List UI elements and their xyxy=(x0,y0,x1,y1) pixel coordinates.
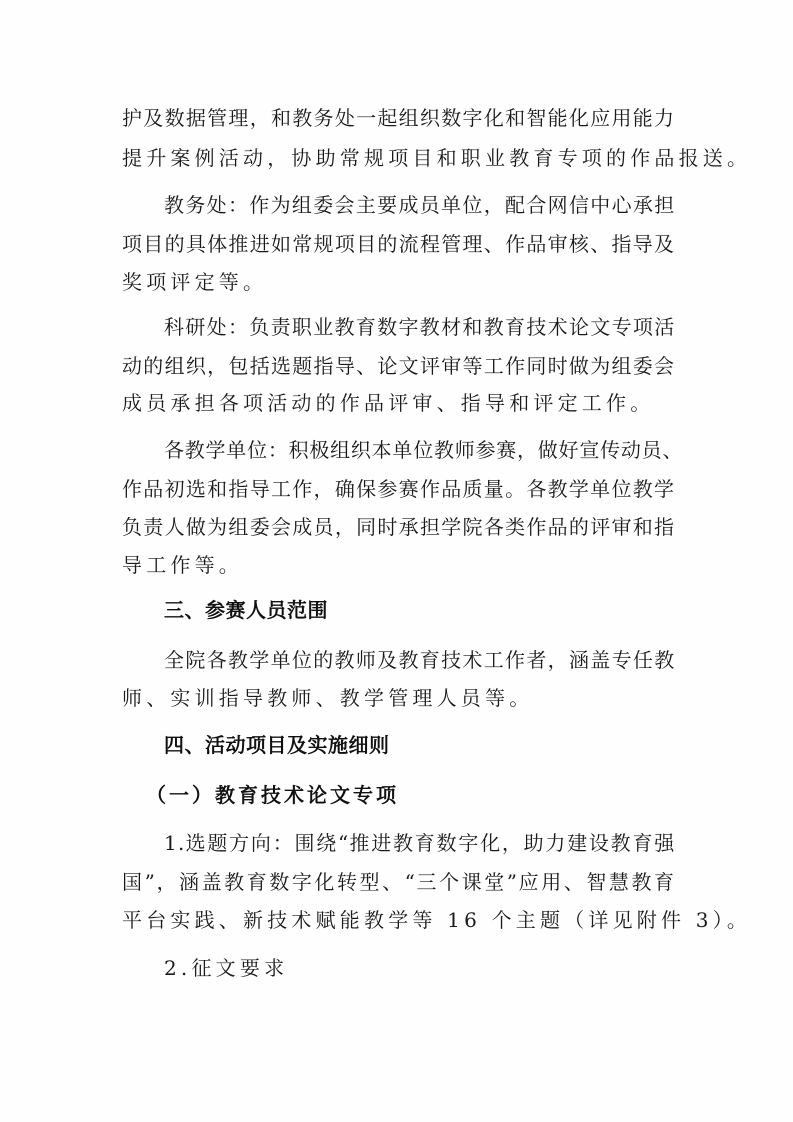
paragraph-line: 项 目 的 具 体 推 进 如 常 规 项 目 的 流 程 管 理 、 作 品 … xyxy=(122,229,674,259)
section-heading: 四、活动项目及实施细则 xyxy=(164,730,390,760)
paragraph-line: 奖项评定等。 xyxy=(122,267,674,297)
paragraph-line: 提升案例活动，协助常规项目和职业教育专项的作品报送。 xyxy=(122,143,674,173)
document-page: 护 及 数 据 管 理 ， 和 教 务 处 一 起 组 织 数 字 化 和 智 … xyxy=(0,0,793,1122)
paragraph-line: 1 . 选 题 方 向 ： 围 绕 “ 推 进 教 育 数 字 化 ， 助 力 … xyxy=(164,828,674,858)
section-heading: 三、参赛人员范围 xyxy=(164,595,328,625)
paragraph-line: 平台实践、新技术赋能教学等 16 个主题（详见附件 3）。 xyxy=(122,905,674,935)
paragraph-line: 护 及 数 据 管 理 ， 和 教 务 处 一 起 组 织 数 字 化 和 智 … xyxy=(122,103,674,133)
paragraph-line: 2.征文要求 xyxy=(164,953,674,983)
paragraph-line: 师、实训指导教师、教学管理人员等。 xyxy=(122,683,674,713)
paragraph-line: 成员承担各项活动的作品评审、指导和评定工作。 xyxy=(122,388,674,418)
subsection-heading: （一）教育技术论文专项 xyxy=(146,780,399,810)
paragraph-line: 导工作等。 xyxy=(122,550,674,580)
paragraph-line: 负 责 人 做 为 组 委 会 成 员 ， 同 时 承 担 学 院 各 类 作 … xyxy=(122,512,674,542)
paragraph-line: 动 的 组 织 ， 包 括 选 题 指 导 、 论 文 评 审 等 工 作 同 … xyxy=(122,351,674,381)
paragraph-line: 教 务 处 ： 作 为 组 委 会 主 要 成 员 单 位 ， 配 合 网 信 … xyxy=(164,190,674,220)
paragraph-line: 作 品 初 选 和 指 导 工 作 ， 确 保 参 赛 作 品 质 量 。 各 … xyxy=(122,474,674,504)
paragraph-line: 全 院 各 教 学 单 位 的 教 师 及 教 育 技 术 工 作 者 ， 涵 … xyxy=(164,645,674,675)
paragraph-line: 各 教 学 单 位 ： 积 极 组 织 本 单 位 教 师 参 赛 ， 做 好 … xyxy=(164,435,674,465)
paragraph-line: 科 研 处 ： 负 责 职 业 教 育 数 字 教 材 和 教 育 技 术 论 … xyxy=(164,312,674,342)
paragraph-line: 国 ” ， 涵 盖 教 育 数 字 化 转 型 、 “ 三 个 课 堂 ” 应 … xyxy=(122,867,674,897)
